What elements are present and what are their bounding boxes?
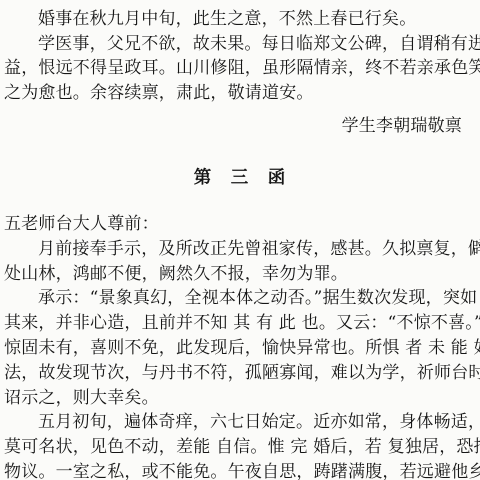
text-line: 月前接奉手示，及所改正先曾祖家传，感甚。久拟禀复，僻 xyxy=(4,237,476,262)
letter-signature: 学生李朝瑞敬禀 xyxy=(4,114,476,138)
text-line: 惊固未有，喜则不免，此发现后，愉快异常也。所惧 者 未 能 如 xyxy=(4,336,476,361)
section-heading: 第 三 函 xyxy=(4,168,476,188)
previous-letter-body: 婚事在秋九月中旬，此生之意，不然上春已行矣。 学医事，父兄不欲，故未果。每日临郑… xyxy=(4,7,476,138)
text-line: 之为愈也。余容续禀，肃此，敬请道安。 xyxy=(4,81,476,106)
text-line: 承示：“景象真幻，全视本体之动否。”据生数次发现，突如 xyxy=(4,286,476,311)
text-line: 物议。一室之私，或不能免。午夜自思，踌躇满腹，若远避他乡， xyxy=(4,460,476,480)
text-line: 莫可名状，见色不动，差能 自信。惟 完 婚后，若 复独居，恐招 xyxy=(4,435,476,460)
text-line: 学医事，父兄不欲，故未果。每日临郑文公碑，自谓稍有进 xyxy=(4,32,476,57)
text-line: 其来，并非心造，且前并不知 其 有 此 也。又云：“不惊不喜。” xyxy=(4,311,476,336)
letter-three-body: 五老师台大人尊前： 月前接奉手示，及所改正先曾祖家传，感甚。久拟禀复，僻 处山林… xyxy=(4,212,476,480)
text-line: 处山林，鸿邮不便，阙然久不报，幸勿为罪。 xyxy=(4,262,476,287)
text-line: 五月初旬，遍体奇痒，六七日始定。近亦如常，身体畅适， xyxy=(4,410,476,435)
text-line: 婚事在秋九月中旬，此生之意，不然上春已行矣。 xyxy=(4,7,476,32)
letter-salutation: 五老师台大人尊前： xyxy=(4,212,476,237)
scanned-page: 婚事在秋九月中旬，此生之意，不然上春已行矣。 学医事，父兄不欲，故未果。每日临郑… xyxy=(0,0,480,480)
text-line: 法，故发现节次，与丹书不符，孤陋寡闻，难以为学，祈师台时 xyxy=(4,361,476,386)
text-line: 诏示之，则大幸矣。 xyxy=(4,386,476,411)
text-line: 益，恨远不得呈政耳。山川修阻，虽形隔情亲，终不若亲承色笑 xyxy=(4,56,476,81)
